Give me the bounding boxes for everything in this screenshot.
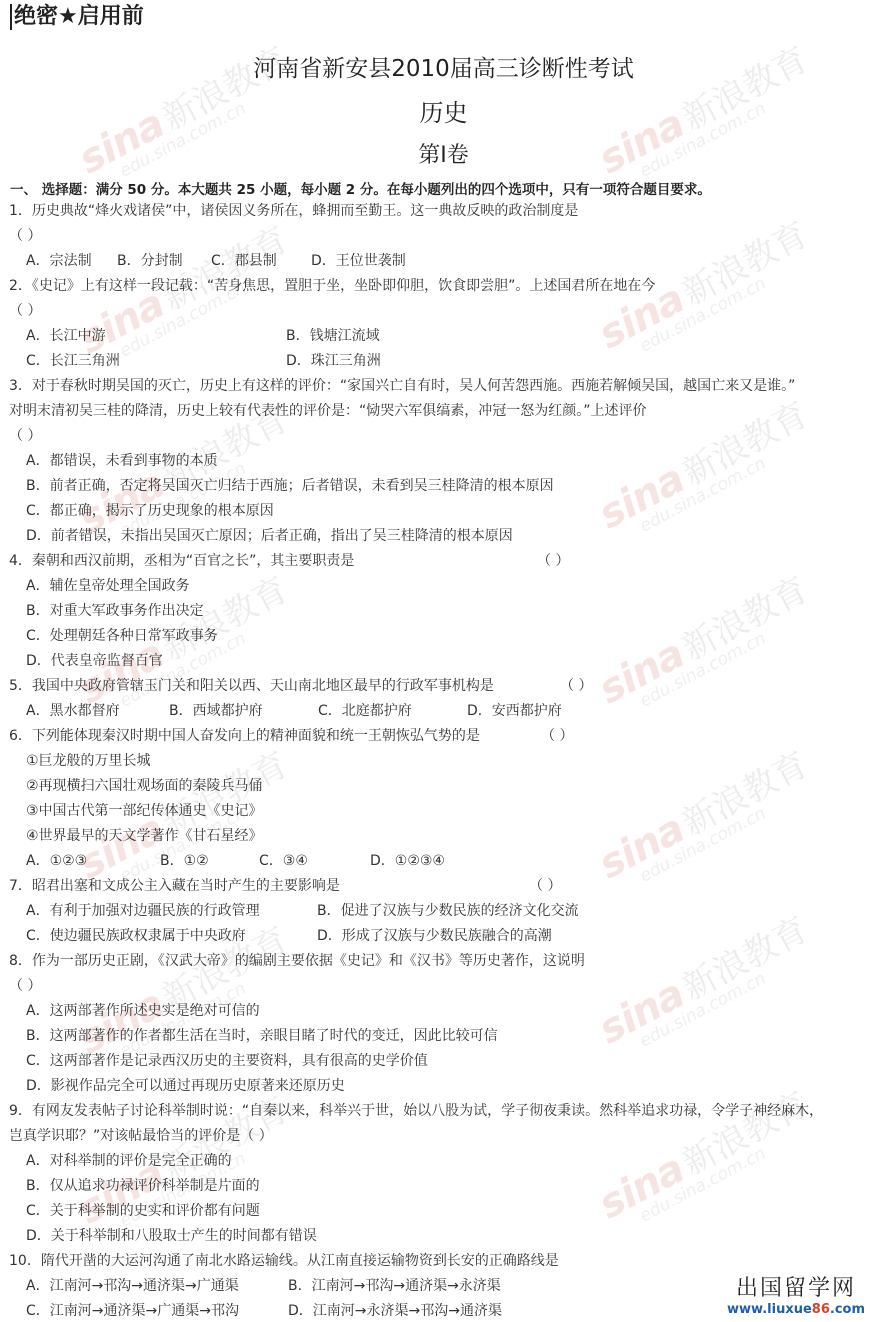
option-a: A．长江中游 [26, 327, 106, 345]
option-c: C．郡县制 [211, 252, 277, 270]
question-stem: 4．秦朝和西汉前期，丞相为“百官之长”，其主要职责是 [9, 552, 354, 570]
answer-blank: （ ） [9, 302, 41, 320]
statement-3: ③中国古代第一部纪传体通史《史记》 [26, 802, 263, 820]
site-name: 出国留学网 [727, 1276, 865, 1302]
option-c: C．这两部著作是记录西汉历史的主要资料，具有很高的史学价值 [26, 1052, 428, 1070]
exam-title: 河南省新安县2010届高三诊断性考试 [0, 50, 887, 83]
answer-blank: （ ） [9, 977, 41, 995]
option-d: D．前者错误，未指出吴国灭亡原因；后者正确，指出了吴三桂降清的根本原因 [26, 527, 513, 545]
option-b: B．江南河→邗沟→通济渠→永济渠 [288, 1277, 501, 1295]
watermark: sina新浪教育 edu.sina.com.cn [590, 562, 822, 725]
option-d: D．珠江三角洲 [286, 352, 381, 370]
option-a: A．①②③ [26, 852, 87, 870]
option-c: C．江南河→通济渠→广通渠→邗沟 [26, 1302, 239, 1320]
option-a: A．宗法制 [26, 252, 92, 270]
question-stem: 7．昭君出塞和文成公主入藏在当时产生的主要影响是 [9, 877, 340, 895]
option-c: C．关于科举制的史实和评价都有问题 [26, 1202, 260, 1220]
option-c: C．处理朝廷各种日常军政事务 [26, 627, 218, 645]
option-a: A．对科举制的评价是完全正确的 [26, 1152, 232, 1170]
answer-blank: （ ） [537, 552, 569, 570]
option-b: B．钱塘江流域 [286, 327, 380, 345]
volume-title: 第Ⅰ卷 [0, 138, 887, 169]
option-c: C．③④ [259, 852, 308, 870]
option-b: B．对重大军政事务作出决定 [26, 602, 204, 620]
answer-blank: （ ） [541, 727, 573, 745]
option-a: A．黑水都督府 [26, 702, 120, 720]
answer-blank: （ ） [9, 427, 41, 445]
exam-page: sina新浪教育 edu.sina.com.cn sina新浪教育 edu.si… [0, 0, 887, 1322]
option-b: B．前者正确，否定将吴国灭亡归结于西施；后者错误，未看到吴三桂降清的根本原因 [26, 477, 554, 495]
option-b: B．分封制 [117, 252, 183, 270]
statement-1: ①巨龙般的万里长城 [26, 752, 151, 770]
statement-4: ④世界最早的天文学著作《甘石星经》 [26, 827, 263, 845]
site-url: www.liuxue86.com [727, 1302, 865, 1318]
option-c: C．都正确，揭示了历史现象的根本原因 [26, 502, 274, 520]
question-stem: 2．《史记》上有这样一段记载：“苦身焦思，置胆于坐，坐卧即仰胆，饮食即尝胆”。上… [9, 277, 655, 295]
answer-blank: （ ） [560, 677, 592, 695]
answer-blank: （ ） [529, 877, 561, 895]
option-a: A．这两部著作所述史实是绝对可信的 [26, 1002, 260, 1020]
option-b: B．这两部著作的作者都生活在当时，亲眼目睹了时代的变迁，因此比较可信 [26, 1027, 498, 1045]
question-stem: 8．作为一部历史正剧，《汉武大帝》的编剧主要依据《史记》和《汉书》等历史著作，这… [9, 952, 585, 970]
option-c: C．使边疆民族政权隶属于中央政府 [26, 927, 246, 945]
question-stem: 5．我国中央政府管辖玉门关和阳关以西、天山南北地区最早的行政军事机构是 [9, 677, 494, 695]
section-heading: 一、 选择题：满分 50 分。本大题共 25 小题，每小题 2 分。在每小题列出… [10, 178, 711, 198]
question-stem-cont: 对明末清初吴三桂的降清，历史上较有代表性的评价是：“恸哭六军俱缟素，冲冠一怒为红… [9, 402, 647, 420]
option-d: D．江南河→永济渠→邗沟→通济渠 [288, 1302, 502, 1320]
option-a: A．辅佐皇帝处理全国政务 [26, 577, 190, 595]
option-c: C．长江三角洲 [26, 352, 120, 370]
option-b: B．仅从追求功禄评价科举制是片面的 [26, 1177, 260, 1195]
question-stem-cont: 岂真学识耶？”对该帖最恰当的评价是（ ） [9, 1127, 273, 1145]
site-logo: 出国留学网 www.liuxue86.com [727, 1276, 865, 1318]
confidential-label: 绝密★启用前 [10, 4, 144, 30]
subject-title: 历史 [0, 93, 887, 128]
watermark: sina新浪教育 edu.sina.com.cn [590, 737, 822, 900]
option-a: A．有利于加强对边疆民族的行政管理 [26, 902, 260, 920]
option-d: D．形成了汉族与少数民族融合的高潮 [317, 927, 552, 945]
option-b: B．促进了汉族与少数民族的经济文化交流 [317, 902, 579, 920]
option-d: D．关于科举制和八股取士产生的时间都有错误 [26, 1227, 317, 1245]
option-a: A．江南河→邗沟→通济渠→广通渠 [26, 1277, 239, 1295]
question-stem: 10．隋代开凿的大运河沟通了南北水路运输线。从江南直接运输物资到长安的正确路线是 [9, 1252, 559, 1270]
option-c: C．北庭都护府 [318, 702, 412, 720]
watermark: sina新浪教育 edu.sina.com.cn [590, 902, 822, 1065]
option-d: D．安西都护府 [467, 702, 562, 720]
option-a: A．都错误，未看到事物的本质 [26, 452, 218, 470]
statement-2: ②再现横扫六国壮观场面的秦陵兵马俑 [26, 777, 263, 795]
option-d: D．①②③④ [370, 852, 445, 870]
question-stem: 3．对于春秋时期吴国的灭亡，历史上有这样的评价：“家国兴亡自有时，吴人何苦怨西施… [9, 377, 795, 395]
option-d: D．影视作品完全可以通过再现历史原著来还原历史 [26, 1077, 345, 1095]
option-d: D．王位世袭制 [311, 252, 406, 270]
question-stem: 9．有网友发表帖子讨论科举制时说：“自秦以来，科举兴于世，始以八股为试，学子彻夜… [9, 1102, 823, 1120]
option-b: B．①② [160, 852, 209, 870]
question-stem: 6．下列能体现秦汉时期中国人奋发向上的精神面貌和统一王朝恢弘气势的是 [9, 727, 480, 745]
answer-blank: （ ） [9, 227, 41, 245]
option-d: D．代表皇帝监督百官 [26, 652, 163, 670]
option-b: B．西域都护府 [169, 702, 263, 720]
question-stem: 1．历史典故“烽火戏诸侯”中，诸侯因义务所在，蜂拥而至勤王。这一典故反映的政治制… [9, 202, 578, 220]
